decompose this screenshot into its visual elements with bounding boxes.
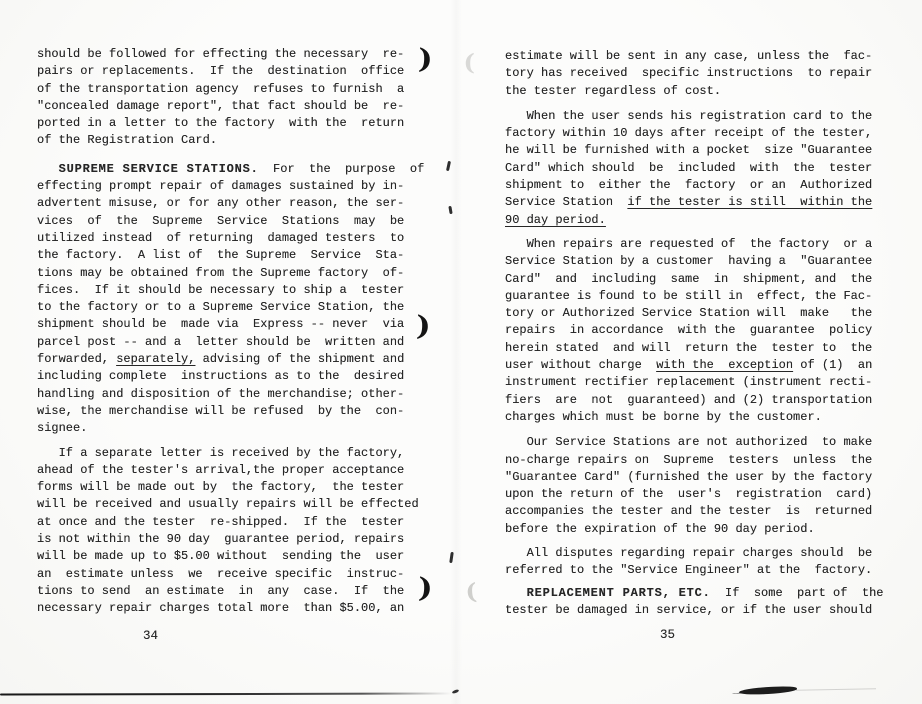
text-line: tester be damaged in service, or if the … [505,602,890,619]
text-line: charges which must be borne by the custo… [505,409,890,426]
text-line: "concealed damage report", that fact sho… [37,98,429,115]
text-line: ahead of the tester's arrival,the proper… [37,462,429,479]
text-line: the factory. A list of the Supreme Servi… [37,247,429,264]
text-line: forms will be made out by the factory, t… [37,479,429,496]
text-line: parcel post -- and a letter should be wr… [37,334,429,351]
text-line: Card" which should be included with the … [505,160,890,177]
text-line: REPLACEMENT PARTS, ETC. If some part of … [505,585,890,602]
text-line: If a separate letter is received by the … [37,445,429,462]
binding-crescent-icon: ) [418,46,434,73]
text-line: accompanies the tester and the tester is… [505,503,890,520]
scan-edge-line [0,693,452,696]
paragraph-damage-report: should be followed for effecting the nec… [37,46,429,150]
text-line: he will be furnished with a pocket size … [505,142,890,159]
paragraph-separate-letter: If a separate letter is received by the … [37,445,429,618]
scanned-manual-spread: should be followed for effecting the nec… [0,0,922,704]
right-page: estimate will be sent in any case, unles… [505,48,890,619]
text-line: tions may be obtained from the Supreme f… [37,265,429,282]
text-line: Service Station by a customer having a "… [505,253,890,270]
text-line: repairs in accordance with the guarantee… [505,322,890,339]
paragraph-disputes: All disputes regarding repair charges sh… [505,545,890,580]
page-gutter-shade [450,0,462,704]
text-line: should be followed for effecting the nec… [37,46,429,63]
text-line: signee. [37,420,429,437]
text-line: estimate will be sent in any case, unles… [505,48,890,65]
text-line: "Guarantee Card" (furnished the user by … [505,469,890,486]
paragraph-replacement-parts: REPLACEMENT PARTS, ETC. If some part of … [505,585,890,620]
text-line: wise, the merchandise will be refused by… [37,403,429,420]
binding-crescent-faint-icon: ( [463,50,474,77]
text-line: tions to send an estimate in any case. I… [37,583,429,600]
text-line: shipment to either the factory or an Aut… [505,177,890,194]
text-line: pairs or replacements. If the destinatio… [37,63,429,80]
text-line: instrument rectifier replacement (instru… [505,374,890,391]
text-line: All disputes regarding repair charges sh… [505,545,890,562]
binding-crescent-icon: ) [416,313,432,340]
text-line: factory within 10 days after receipt of … [505,125,890,142]
text-line: 90 day period. [505,212,890,229]
paragraph-guarantee-repairs: When repairs are requested of the factor… [505,236,890,426]
binding-crescent-icon: ) [418,575,434,602]
text-line: When repairs are requested of the factor… [505,236,890,253]
text-line: before the expiration of the 90 day peri… [505,521,890,538]
text-line: ported in a letter to the factory with t… [37,115,429,132]
text-line: forwarded, separately, advising of the s… [37,351,429,368]
text-line: advertent misuse, or for any other reaso… [37,195,429,212]
text-line: to the factory or to a Supreme Service S… [37,299,429,316]
text-line: upon the return of the user's registrati… [505,486,890,503]
text-line: handling and disposition of the merchand… [37,386,429,403]
text-line: When the user sends his registration car… [505,108,890,125]
text-line: is not within the 90 day guarantee perio… [37,531,429,548]
text-line: no-charge repairs on Supreme testers unl… [505,452,890,469]
text-line: fiers are not guaranteed) and (2) transp… [505,392,890,409]
page-number-right: 35 [660,628,675,642]
text-line: the tester regardless of cost. [505,83,890,100]
text-line: effecting prompt repair of damages susta… [37,178,429,195]
text-line: necessary repair charges total more than… [37,600,429,617]
text-line: fices. If it should be necessary to ship… [37,282,429,299]
text-line: tory or Authorized Service Station will … [505,305,890,322]
text-line: of the transportation agency refuses to … [37,81,429,98]
text-line: user without charge with the exception o… [505,357,890,374]
text-line: will be received and usually repairs wil… [37,496,429,513]
left-page: should be followed for effecting the nec… [37,46,429,618]
text-line: referred to the "Service Engineer" at th… [505,562,890,579]
paragraph-estimate: estimate will be sent in any case, unles… [505,48,890,100]
text-line: will be made up to $5.00 without sending… [37,548,429,565]
text-line: vices of the Supreme Service Stations ma… [37,213,429,230]
text-line: SUPREME SERVICE STATIONS. For the purpos… [37,161,429,178]
paragraph-service-stations-authorization: Our Service Stations are not authorized … [505,434,890,538]
binding-crescent-faint-icon: ( [464,579,478,607]
text-line: herein stated and will return the tester… [505,340,890,357]
ink-smudge-tail [796,688,876,690]
text-line: Our Service Stations are not authorized … [505,434,890,451]
paragraph-registration-card: When the user sends his registration car… [505,108,890,229]
text-line: of the Registration Card. [37,132,429,149]
text-line: utilized instead of returning damaged te… [37,230,429,247]
text-line: Card" and including same in shipment, an… [505,271,890,288]
text-line: shipment should be made via Express -- n… [37,316,429,333]
ink-smudge [739,685,797,695]
page-number-left: 34 [143,629,158,643]
text-line: at once and the tester re-shipped. If th… [37,514,429,531]
text-line: including complete instructions as to th… [37,368,429,385]
text-line: Service Station if the tester is still w… [505,194,890,211]
paragraph-supreme-service-stations: SUPREME SERVICE STATIONS. For the purpos… [37,161,429,438]
text-line: guarantee is found to be still in effect… [505,288,890,305]
text-line: an estimate unless we receive specific i… [37,566,429,583]
text-line: tory has received specific instructions … [505,65,890,82]
